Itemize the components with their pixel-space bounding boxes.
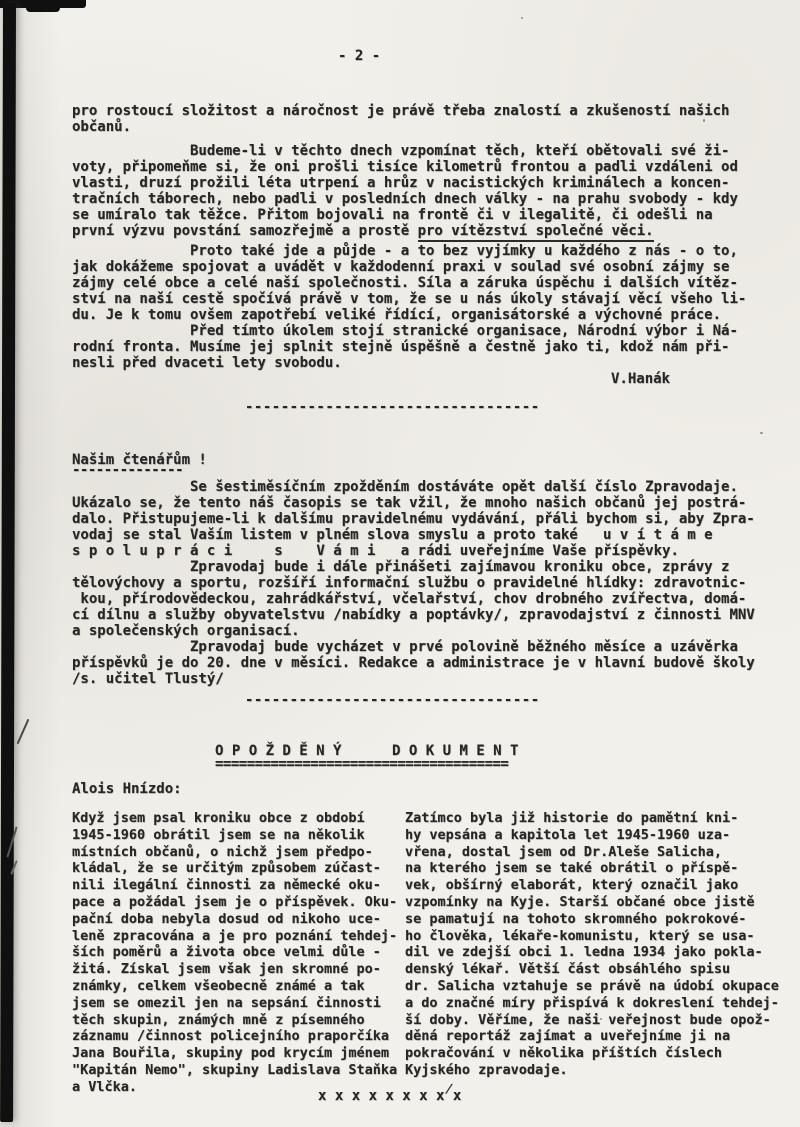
two-column-section: Když jsem psal kroniku obce z období 194… (72, 810, 790, 1096)
readers-note-paragraph-3: Zpravodaj bude vycházet v prvé polovině … (72, 639, 790, 687)
footer-end-marks: x x x x x x x x x (318, 1088, 461, 1104)
scan-speck (521, 17, 523, 19)
lead-paragraph-3: Proto také jde a půjde - a to bez vyjímk… (72, 243, 790, 323)
delayed-document-title-underline: ===================================== (215, 756, 790, 772)
section-separator-1: --------------------------------- (245, 399, 790, 415)
document-body: pro rostoucí složitost a náročnost je pr… (72, 103, 790, 1096)
readers-note-paragraph-1: Se šestiměsíčním zpožděním dostáváte opě… (72, 479, 790, 559)
right-column: Zatímco byla již historie do pamětní kni… (405, 810, 790, 1096)
section-separator-2: --------------------------------- (245, 692, 790, 708)
lead-paragraph-1: pro rostoucí složitost a náročnost je pr… (72, 103, 790, 135)
underlined-phrase: pro vítězství společné věci. (418, 223, 654, 242)
page-number: - 2 - (338, 48, 380, 64)
delayed-document-byline: Alois Hnízdo: (72, 781, 790, 797)
scan-edge-top-nub (26, 6, 60, 12)
left-column: Když jsem psal kroniku obce z období 194… (72, 810, 405, 1096)
lead-paragraph-2: Budeme-li v těchto dnech vzpomínat těch,… (72, 143, 790, 239)
author-signature: V.Hanák (72, 371, 790, 387)
readers-note-heading-underline: -------------- (72, 462, 790, 478)
readers-note-paragraph-2: Zpravodaj bude i dále přinášeti zajímavo… (72, 559, 790, 639)
lead-paragraph-4: Před tímto úkolem stojí stranické organi… (72, 323, 790, 371)
